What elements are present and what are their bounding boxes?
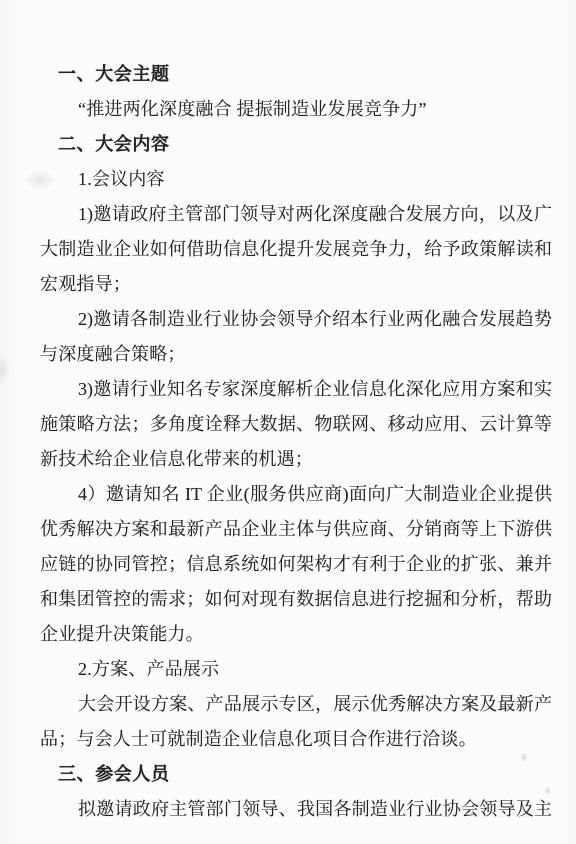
- item4-line1: 4）邀请知名 IT 企业(服务供应商)面向广大制造业企业提供: [40, 477, 552, 512]
- item4-line2: 优秀解决方案和最新产品企业主体与供应商、分销商等上下游供: [40, 512, 552, 547]
- subitem-solution-display: 2.方案、产品展示: [40, 652, 552, 687]
- heading-conference-content: 二、大会内容: [40, 127, 552, 162]
- item1-line2: 大制造业企业如何借助信息化提升发展竞争力，给予政策解读和: [40, 232, 552, 267]
- solution-para-line1: 大会开设方案、产品展示专区，展示优秀解决方案及最新产: [40, 687, 552, 722]
- item4-line5: 企业提升决策能力。: [40, 617, 552, 652]
- item4-line4: 和集团管控的需求；如何对现有数据信息进行挖掘和分析，帮助: [40, 582, 552, 617]
- document-page: 一、大会主题 “推进两化深度融合 提振制造业发展竞争力” 二、大会内容 1.会议…: [0, 0, 576, 844]
- heading-participants: 三、参会人员: [40, 757, 552, 792]
- heading-conference-theme: 一、大会主题: [40, 57, 552, 92]
- item4-line3: 应链的协同管控；信息系统如何架构才有利于企业的扩张、兼并: [40, 547, 552, 582]
- item2-line1: 2)邀请各制造业行业协会领导介绍本行业两化融合发展趋势: [40, 302, 552, 337]
- theme-quote-line: “推进两化深度融合 提振制造业发展竞争力”: [40, 92, 552, 127]
- item1-line3: 宏观指导；: [40, 267, 552, 302]
- subitem-meeting-content: 1.会议内容: [40, 162, 552, 197]
- solution-para-line2: 品；与会人士可就制造企业信息化项目合作进行洽谈。: [40, 722, 552, 757]
- item3-line1: 3)邀请行业知名专家深度解析企业信息化深化应用方案和实: [40, 372, 552, 407]
- document-body: 一、大会主题 “推进两化深度融合 提振制造业发展竞争力” 二、大会内容 1.会议…: [40, 57, 552, 827]
- participants-para-line1: 拟邀请政府主管部门领导、我国各制造业行业协会领导及主: [40, 792, 552, 827]
- item2-line2: 与深度融合策略；: [40, 337, 552, 372]
- item3-line3: 新技术给企业信息化带来的机遇；: [40, 442, 552, 477]
- scan-smudge: [0, 352, 10, 386]
- item1-line1: 1)邀请政府主管部门领导对两化深度融合发展方向，以及广: [40, 197, 552, 232]
- item3-line2: 施策略方法；多角度诠释大数据、物联网、移动应用、云计算等: [40, 407, 552, 442]
